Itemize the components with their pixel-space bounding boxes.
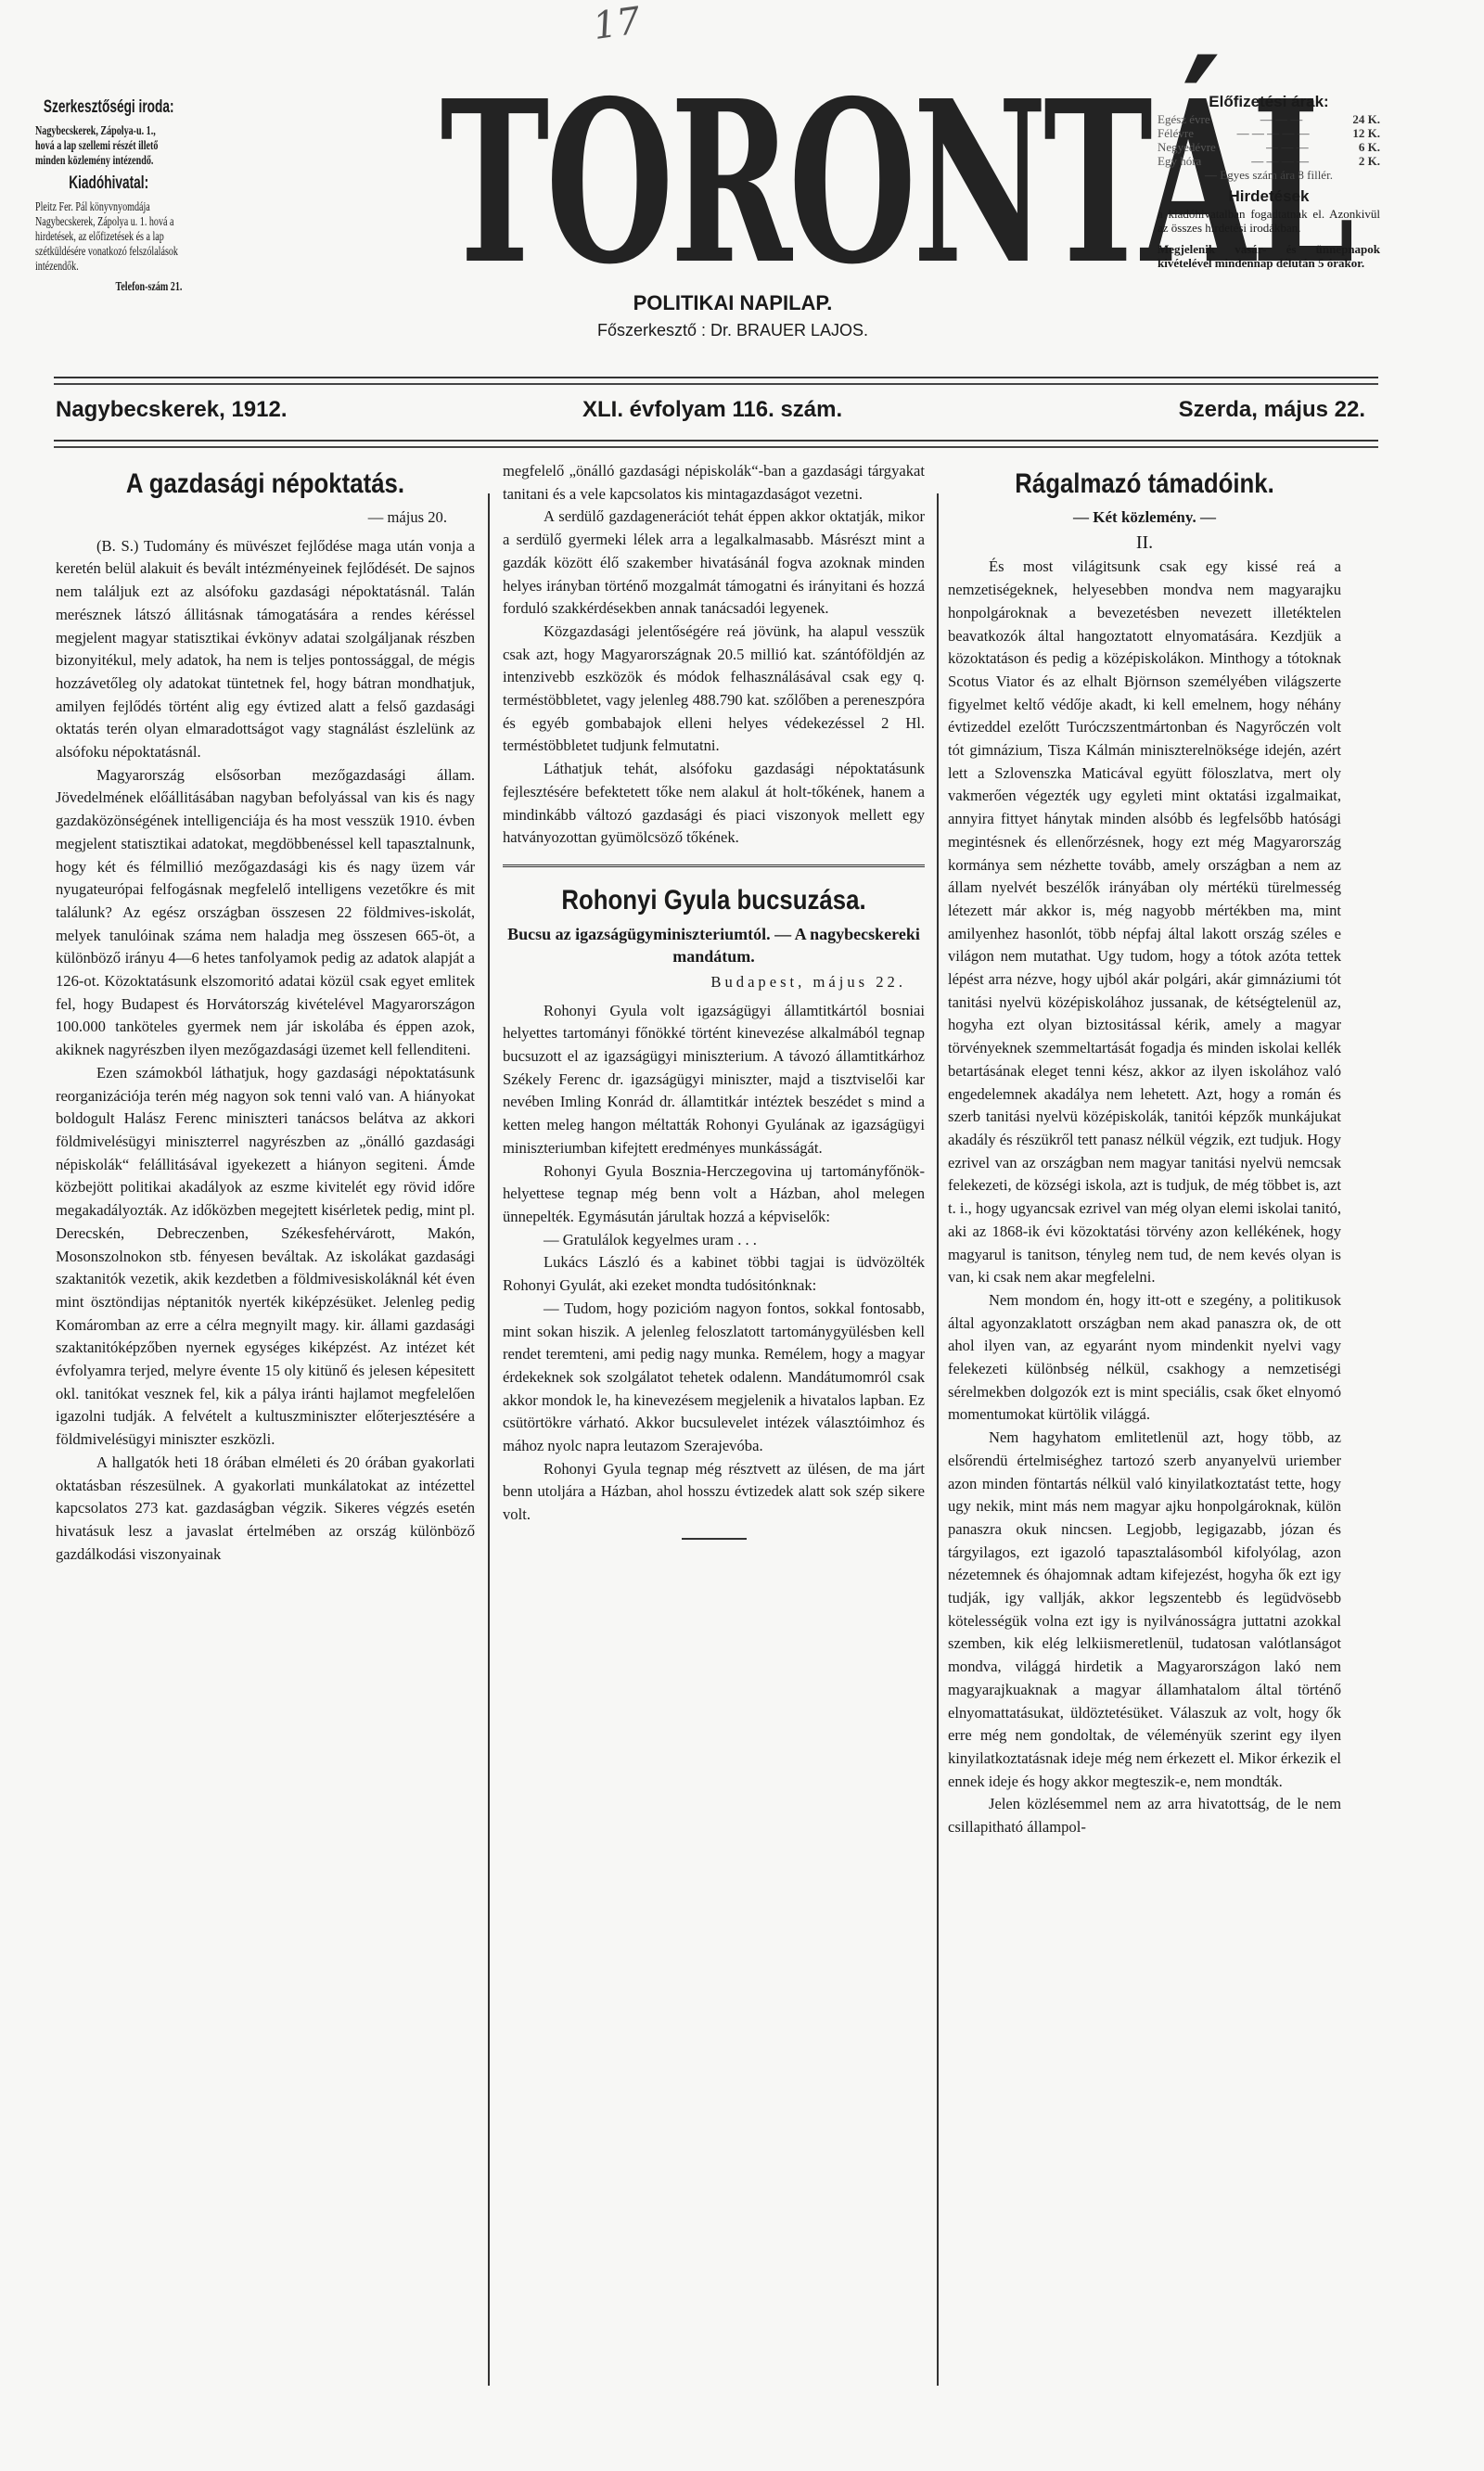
price-row: Egész évre — — — 24 K. bbox=[1158, 112, 1380, 126]
price-dashes: — — — bbox=[1260, 112, 1303, 126]
newspaper-subtitle: POLITIKAI NAPILAP. bbox=[556, 291, 909, 315]
article-gazdasagi-continuation: megfelelő „önálló gazdasági népiskolák“-… bbox=[503, 460, 925, 850]
column-divider-1 bbox=[488, 493, 490, 2386]
single-copy-price: — Egyes szám ára 8 fillér. bbox=[1158, 168, 1380, 182]
price-dashes: — — — — bbox=[1251, 154, 1309, 168]
article-paragraph: (B. S.) Tudomány és müvészet fejlődése m… bbox=[56, 535, 475, 764]
column-2: megfelelő „önálló gazdasági népiskolák“-… bbox=[503, 460, 925, 1540]
price-row: Negyedévre — — — 6 K. bbox=[1158, 140, 1380, 154]
masthead-rule-bottom bbox=[54, 440, 1378, 448]
dateline-volume-issue: XLI. évfolyam 116. szám. bbox=[582, 397, 842, 423]
article-ragalmazo-tamadoink: Rágalmazó támadóink. — Két közlemény. — … bbox=[948, 460, 1341, 1839]
editorial-office-address: Nagybecskerek, Zápolya-u. 1., bbox=[35, 124, 182, 139]
article-gazdasagi-nepoktatas: A gazdasági népoktatás. — május 20. (B. … bbox=[56, 460, 475, 1566]
masthead-right-box: Előfizetési árak: Egész évre — — — 24 K.… bbox=[1158, 95, 1380, 270]
dateline-bar: Nagybecskerek, 1912. XLI. évfolyam 116. … bbox=[54, 395, 1378, 432]
price-dashes: — — — bbox=[1266, 140, 1309, 154]
article-paragraph: A hallgatók heti 18 órában elméleti és 2… bbox=[56, 1452, 475, 1567]
dateline-place-year: Nagybecskerek, 1912. bbox=[56, 397, 288, 423]
article-separator bbox=[503, 864, 925, 869]
article-headline: A gazdasági népoktatás. bbox=[85, 466, 446, 503]
article-date: — május 20. bbox=[56, 506, 447, 530]
article-rohonyi-gyula-bucsuzasa: Rohonyi Gyula bucsuzása. Bucsu az igazsá… bbox=[503, 882, 925, 1540]
article-headline: Rohonyi Gyula bucsuzása. bbox=[532, 882, 895, 919]
masthead-left-box: Szerkesztőségi iroda: Nagybecskerek, Záp… bbox=[35, 93, 182, 295]
article-paragraph: Rohonyi Gyula tegnap még résztvett az ül… bbox=[503, 1458, 925, 1527]
publisher-office-heading: Kiadóhivatal: bbox=[35, 173, 182, 195]
article-paragraph: Magyarország elsősorban mezőgazdasági ál… bbox=[56, 764, 475, 1062]
price-row: Félévre — — — — — 12 K. bbox=[1158, 126, 1380, 140]
article-quote: — Gratulálok kegyelmes uram . . . bbox=[503, 1229, 925, 1252]
article-paragraph: Rohonyi Gyula Bosznia-Herczegovina uj ta… bbox=[503, 1160, 925, 1229]
price-row: Egy hóra — — — — 2 K. bbox=[1158, 154, 1380, 168]
article-headline: Rágalmazó támadóink. bbox=[976, 466, 1314, 503]
price-dashes: — — — — — bbox=[1237, 126, 1310, 140]
article-part-number: II. bbox=[948, 531, 1341, 555]
dateline-day-date: Szerda, május 22. bbox=[1179, 397, 1365, 423]
newspaper-title-text: TORONTÁL bbox=[441, 85, 961, 280]
ads-text: a kiadóhivatalban fogadtatnak el. Azonki… bbox=[1158, 207, 1380, 235]
phone-number: Telefon-szám 21. bbox=[35, 280, 182, 295]
publisher-office-text: Pleitz Fer. Pál könyvnyomdája Nagybecske… bbox=[35, 200, 182, 275]
article-paragraph: Jelen közlésemmel nem az arra hivatottsá… bbox=[948, 1793, 1341, 1838]
article-paragraph: Lukács László és a kabinet többi tagjai … bbox=[503, 1251, 925, 1297]
price-value: 6 K. bbox=[1359, 140, 1380, 154]
article-dateline: Budapest, május 22. bbox=[503, 971, 906, 994]
column-divider-2 bbox=[937, 493, 939, 2386]
masthead: Szerkesztőségi iroda: Nagybecskerek, Záp… bbox=[0, 0, 1484, 390]
price-value: 24 K. bbox=[1352, 112, 1380, 126]
article-subheadline: Bucsu az igazságügyminiszteriumtól. — A … bbox=[503, 923, 925, 967]
price-label: Egész évre bbox=[1158, 112, 1210, 126]
article-paragraph: Közgazdasági jelentőségére reá jövünk, h… bbox=[503, 621, 925, 758]
article-paragraph: Rohonyi Gyula volt igazságügyi államtitk… bbox=[503, 1000, 925, 1160]
price-value: 2 K. bbox=[1359, 154, 1380, 168]
article-paragraph: És most világitsunk csak egy kissé reá a… bbox=[948, 556, 1341, 1289]
price-label: Negyedévre bbox=[1158, 140, 1216, 154]
masthead-rule-top bbox=[54, 377, 1378, 385]
subscription-prices-heading: Előfizetési árak: bbox=[1158, 95, 1380, 109]
editorial-office-note: hová a lap szellemi részét illető minden… bbox=[35, 139, 182, 169]
editorial-office-heading: Szerkesztőségi iroda: bbox=[35, 96, 182, 119]
article-paragraph: Ezen számokból láthatjuk, hogy gazdasági… bbox=[56, 1062, 475, 1452]
article-paragraph: Láthatjuk tehát, alsófoku gazdasági népo… bbox=[503, 758, 925, 850]
price-label: Egy hóra bbox=[1158, 154, 1201, 168]
newspaper-title: TORONTÁL bbox=[306, 85, 1094, 280]
article-paragraph: Nem hagyhatom emlitetlenül azt, hogy töb… bbox=[948, 1427, 1341, 1793]
ads-heading: Hirdetések bbox=[1158, 189, 1380, 203]
article-paragraph: Nem mondom én, hogy itt-ott e szegény, a… bbox=[948, 1289, 1341, 1427]
article-quote: — Tudom, hogy pozicióm nagyon fontos, so… bbox=[503, 1298, 925, 1458]
article-paragraph: megfelelő „önálló gazdasági népiskolák“-… bbox=[503, 460, 925, 506]
editor-in-chief: Főszerkesztő : Dr. BRAUER LAJOS. bbox=[556, 321, 909, 340]
price-value: 12 K. bbox=[1352, 126, 1380, 140]
publishing-schedule: Megjelenik vasár- és ünnepnapok kivételé… bbox=[1158, 242, 1380, 270]
price-label: Félévre bbox=[1158, 126, 1194, 140]
article-paragraph: A serdülő gazdagenerációt tehát éppen ak… bbox=[503, 506, 925, 621]
article-end-rule bbox=[682, 1538, 747, 1540]
article-kicker: — Két közlemény. — bbox=[948, 506, 1341, 530]
